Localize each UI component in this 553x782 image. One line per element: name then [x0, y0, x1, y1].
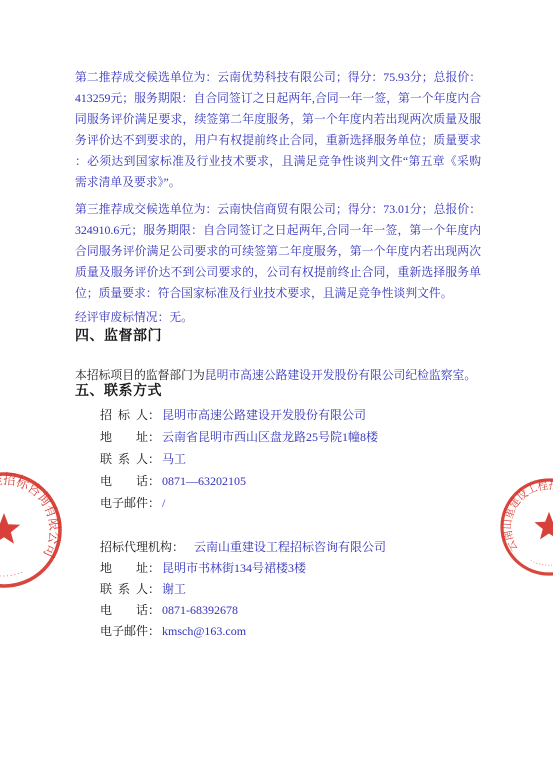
field-label: 招标人 — [100, 404, 148, 426]
body-line: ：必须达到国家标准及行业技术要求，且满足竞争性谈判文件“第五章《采购 — [75, 151, 481, 172]
label-colon: ： — [148, 603, 160, 617]
seal-star-icon — [0, 513, 20, 544]
body-line: 324910.6元；服务期限：自合同签订之日起两年,合同一年一签，第一个年度内 — [75, 220, 481, 241]
body-line: 413259元；服务期限：自合同签订之日起两年,合同一年一签，第一个年度内合 — [75, 88, 481, 109]
seal-star-icon — [534, 512, 553, 540]
seal-company-text: 云南山重建设工程招标咨询有限公司 — [499, 477, 553, 554]
contact-row-agency: 招标代理机构：云南山重建设工程招标咨询有限公司 — [100, 537, 506, 558]
paragraph-third-candidate: 第三推荐成交候选单位为：云南快信商贸有限公司；得分：73.01分；总报价： 32… — [75, 199, 481, 304]
label-colon: ： — [148, 474, 160, 488]
field-label: 电话 — [100, 600, 148, 621]
contact-row-phone: 电话：0871-68392678 — [100, 600, 506, 621]
label-colon: ： — [148, 430, 160, 444]
agency-phone: 0871-68392678 — [162, 603, 238, 617]
review-rejection-line: 经评审废标情况：无。 — [75, 307, 481, 327]
body-line: 经评审废标情况：无。 — [75, 307, 481, 327]
contact-row-person: 联系人：马工 — [100, 448, 506, 470]
field-label: 地址 — [100, 426, 148, 448]
seal-serial-dots: ············ — [528, 558, 553, 569]
label-colon: ： — [148, 624, 160, 638]
supervision-department: 昆明市高速公路建设开发股份有限公司纪检监察室。 — [205, 368, 476, 382]
section-heading-contact: 五、联系方式 — [75, 382, 481, 402]
body-line: 合同服务评价满足公司要求的可续签第二年度服务，第一个年度内若出现两次 — [75, 241, 481, 262]
label-colon: ： — [148, 496, 160, 510]
contact-row-email: 电子邮件：kmsch@163.com — [100, 621, 506, 642]
label-colon: ： — [148, 582, 160, 596]
contact-row-person: 联系人：谢工 — [100, 579, 506, 600]
paragraph-second-candidate: 第二推荐成交候选单位为：云南优势科技有限公司；得分：75.93分；总报价： 41… — [75, 67, 481, 193]
label-colon: ： — [172, 540, 184, 554]
tenderee-phone: 0871—63202105 — [162, 474, 246, 488]
seal-ring — [0, 474, 60, 586]
body-line: 质量及服务评价达不到公司要求的，公司有权提前终止合同，重新选择服务单 — [75, 262, 481, 283]
agency-contact-person: 谢工 — [162, 582, 186, 596]
seal-serial-dots: ············ — [0, 568, 25, 580]
contact-row-phone: 电话：0871—63202105 — [100, 470, 506, 492]
body-line: 第三推荐成交候选单位为：云南快信商贸有限公司；得分：73.01分；总报价： — [75, 199, 481, 220]
contact-row-tenderee: 招标人：昆明市高速公路建设开发股份有限公司 — [100, 404, 506, 426]
contact-row-address: 地址：昆明市书林街134号裙楼3楼 — [100, 558, 506, 579]
body-line: 位；质量要求：符合国家标准及行业技术要求，且满足竞争性谈判文件。 — [75, 283, 481, 304]
field-label: 地址 — [100, 558, 148, 579]
agency-email: kmsch@163.com — [162, 624, 246, 638]
agency-address: 昆明市书林街134号裙楼3楼 — [162, 561, 306, 575]
body-line: 同服务评价满足要求，续签第二年度服务，第一个年度内若出现两次质量及服 — [75, 109, 481, 130]
field-label: 电子邮件 — [100, 621, 148, 642]
label-colon: ： — [148, 452, 160, 466]
tenderee-email: / — [162, 496, 165, 510]
field-label: 电子邮件 — [100, 492, 148, 514]
company-seal-left: 云南山重建设工程招标咨询有限公司 ············ — [0, 460, 74, 600]
contact-block-tenderee: 招标人：昆明市高速公路建设开发股份有限公司 地址：云南省昆明市西山区盘龙路25号… — [75, 404, 506, 514]
agency-name: 云南山重建设工程招标咨询有限公司 — [194, 540, 386, 554]
seal-company-text: 云南山重建设工程招标咨询有限公司 — [0, 470, 63, 563]
contact-block-agency: 招标代理机构：云南山重建设工程招标咨询有限公司 地址：昆明市书林街134号裙楼3… — [75, 537, 506, 642]
body-line: 第二推荐成交候选单位为：云南优势科技有限公司；得分：75.93分；总报价： — [75, 67, 481, 88]
contact-row-email: 电子邮件：/ — [100, 492, 506, 514]
field-label: 招标代理机构 — [100, 537, 172, 558]
field-label: 电话 — [100, 470, 148, 492]
label-colon: ： — [148, 408, 160, 422]
field-label: 联系人 — [100, 448, 148, 470]
supervision-prefix: 本招标项目的监督部门为 — [75, 368, 205, 382]
label-colon: ： — [148, 561, 160, 575]
document-page: 第二推荐成交候选单位为：云南优势科技有限公司；得分：75.93分；总报价： 41… — [0, 0, 553, 782]
tenderee-address: 云南省昆明市西山区盘龙路25号院1幢8楼 — [162, 430, 378, 444]
tenderee-name: 昆明市高速公路建设开发股份有限公司 — [162, 408, 366, 422]
section-heading-supervision: 四、监督部门 — [75, 327, 481, 347]
contact-row-address: 地址：云南省昆明市西山区盘龙路25号院1幢8楼 — [100, 426, 506, 448]
body-line: 需求清单及要求》”。 — [75, 172, 481, 193]
seal-ring — [502, 480, 553, 574]
body-line: 务评价达不到要求的，用户有权提前终止合同，重新选择服务单位；质量要求 — [75, 130, 481, 151]
field-label: 联系人 — [100, 579, 148, 600]
tenderee-contact-person: 马工 — [162, 452, 186, 466]
